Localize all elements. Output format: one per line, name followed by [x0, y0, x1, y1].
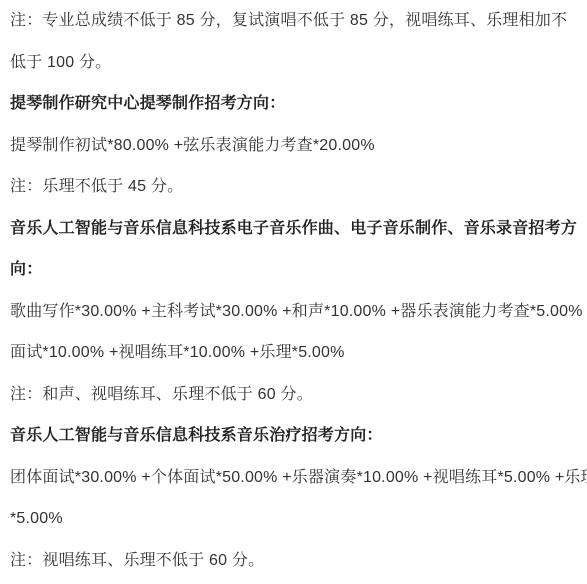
- text-line: 注：和声、视唱练耳、乐理不低于 60 分。: [10, 374, 579, 416]
- text-line: 低于 100 分。: [10, 42, 579, 84]
- text-line: *5.00%: [10, 498, 579, 540]
- text-line: 注：视唱练耳、乐理不低于 60 分。: [10, 540, 579, 582]
- text-line: 音乐人工智能与音乐信息科技系电子音乐作曲、电子音乐制作、音乐录音招考方: [10, 208, 579, 250]
- text-line: 音乐人工智能与音乐信息科技系音乐治疗招考方向：: [10, 415, 579, 457]
- document-body: 注：专业总成绩不低于 85 分，复试演唱不低于 85 分，视唱练耳、乐理相加不低…: [0, 0, 587, 581]
- text-line: 面试*10.00% +视唱练耳*10.00% +乐理*5.00%: [10, 332, 579, 374]
- section-heading: 音乐人工智能与音乐信息科技系电子音乐作曲、电子音乐制作、音乐录音招考方向：: [10, 208, 579, 291]
- formula-paragraph: 歌曲写作*30.00% +主科考试*30.00% +和声*10.00% +器乐表…: [10, 291, 579, 374]
- text-line: 注：专业总成绩不低于 85 分，复试演唱不低于 85 分，视唱练耳、乐理相加不: [10, 0, 579, 42]
- text-line: 提琴制作研究中心提琴制作招考方向：: [10, 83, 579, 125]
- note-paragraph: 注：视唱练耳、乐理不低于 60 分。: [10, 540, 579, 582]
- section-heading: 提琴制作研究中心提琴制作招考方向：: [10, 83, 579, 125]
- note-paragraph: 注：乐理不低于 45 分。: [10, 166, 579, 208]
- formula-paragraph: 提琴制作初试*80.00% +弦乐表演能力考查*20.00%: [10, 125, 579, 167]
- text-line: 注：乐理不低于 45 分。: [10, 166, 579, 208]
- text-line: 向：: [10, 249, 579, 291]
- section-heading: 音乐人工智能与音乐信息科技系音乐治疗招考方向：: [10, 415, 579, 457]
- formula-paragraph: 团体面试*30.00% +个体面试*50.00% +乐器演奏*10.00% +视…: [10, 457, 579, 540]
- text-line: 歌曲写作*30.00% +主科考试*30.00% +和声*10.00% +器乐表…: [10, 291, 579, 333]
- text-line: 团体面试*30.00% +个体面试*50.00% +乐器演奏*10.00% +视…: [10, 457, 579, 499]
- note-paragraph: 注：专业总成绩不低于 85 分，复试演唱不低于 85 分，视唱练耳、乐理相加不低…: [10, 0, 579, 83]
- note-paragraph: 注：和声、视唱练耳、乐理不低于 60 分。: [10, 374, 579, 416]
- text-line: 提琴制作初试*80.00% +弦乐表演能力考查*20.00%: [10, 125, 579, 167]
